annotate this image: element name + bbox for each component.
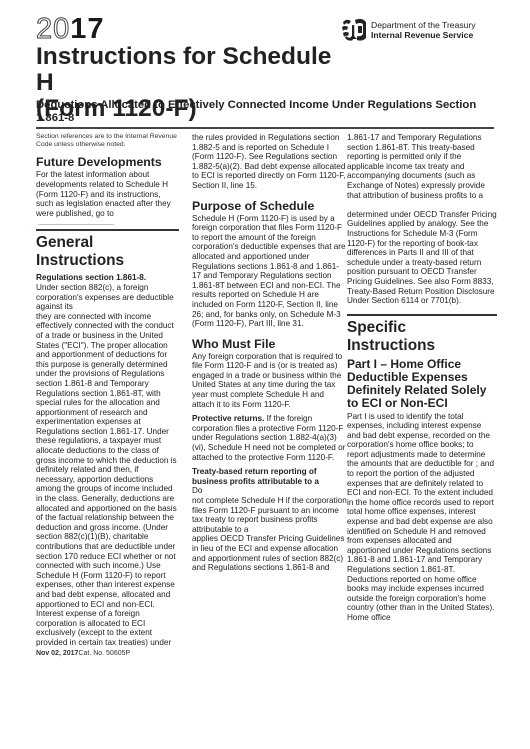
- header-divider: [36, 127, 494, 129]
- catalog-number: Cat. No. 50605P: [78, 650, 130, 657]
- protective-returns-paragraph: Protective returns. If the foreign corpo…: [192, 414, 347, 462]
- treaty-text-a: not complete Schedule H if the corporati…: [192, 496, 347, 534]
- tax-year-outline: 20: [36, 13, 70, 45]
- agency-block: Department of the Treasury Internal Reve…: [340, 16, 476, 44]
- interest-expense-continued: the rules provided in Regulations sectio…: [192, 133, 347, 191]
- page-subtitle: Deductions Allocated to Effectively Conn…: [36, 99, 496, 125]
- column-2: the rules provided in Regulations sectio…: [192, 133, 347, 573]
- irs-link-placeholder[interactable]: [38, 224, 114, 225]
- page-footer: Nov 02, 2017Cat. No. 50605P: [36, 650, 130, 657]
- irs-eagle-logo-icon: [340, 16, 368, 44]
- regulations-text-a: Under section 882(c), a foreign corporat…: [36, 283, 179, 312]
- treaty-text-b: applies OECD Transfer Pricing Guidelines…: [192, 534, 347, 572]
- purpose-heading: Purpose of Schedule: [192, 199, 347, 213]
- who-must-file-heading: Who Must File: [192, 337, 347, 351]
- part-1-text-a: Part I is used to identify the total exp…: [347, 412, 497, 470]
- regulations-text-b: they are connected with income effective…: [36, 312, 179, 648]
- section-references-note: Section references are to the Internal R…: [36, 133, 179, 149]
- protective-returns-runin: Protective returns.: [192, 414, 264, 423]
- treaty-do: Do: [192, 486, 347, 496]
- column-3: 1.861-17 and Temporary Regulations secti…: [347, 133, 497, 623]
- title-line-1: Instructions for Schedule H: [36, 44, 336, 96]
- treaty-based-heading: Treaty-based return reporting of busines…: [192, 467, 347, 486]
- who-must-file-text: Any foreign corporation that is required…: [192, 352, 347, 410]
- agency-department: Department of the Treasury: [371, 20, 476, 31]
- agency-irs: Internal Revenue Service: [371, 30, 476, 41]
- general-instructions-heading: General Instructions: [36, 229, 179, 270]
- specific-instructions-heading: Specific Instructions: [347, 314, 497, 355]
- column-1: Section references are to the Internal R…: [36, 133, 179, 648]
- regulations-runin-heading: Regulations section 1.861-8.: [36, 273, 179, 283]
- document-page: 2017 Department of the Treasury Internal…: [0, 0, 530, 749]
- future-developments-heading: Future Developments: [36, 155, 179, 169]
- treaty-continued-b: determined under OECD Transfer Pricing G…: [347, 210, 497, 306]
- future-developments-text: For the latest information about develop…: [36, 170, 179, 218]
- tax-year: 2017: [36, 14, 105, 44]
- part-1-text-b: to report the portion of the adjusted ex…: [347, 469, 497, 623]
- purpose-text: Schedule H (Form 1120-F) is used by a fo…: [192, 214, 347, 329]
- tax-year-solid: 17: [70, 13, 104, 45]
- part-1-heading: Part I – Home Office Deductible Expenses…: [347, 358, 497, 411]
- revision-date: Nov 02, 2017: [36, 650, 78, 657]
- treaty-continued-a: 1.861-17 and Temporary Regulations secti…: [347, 133, 497, 200]
